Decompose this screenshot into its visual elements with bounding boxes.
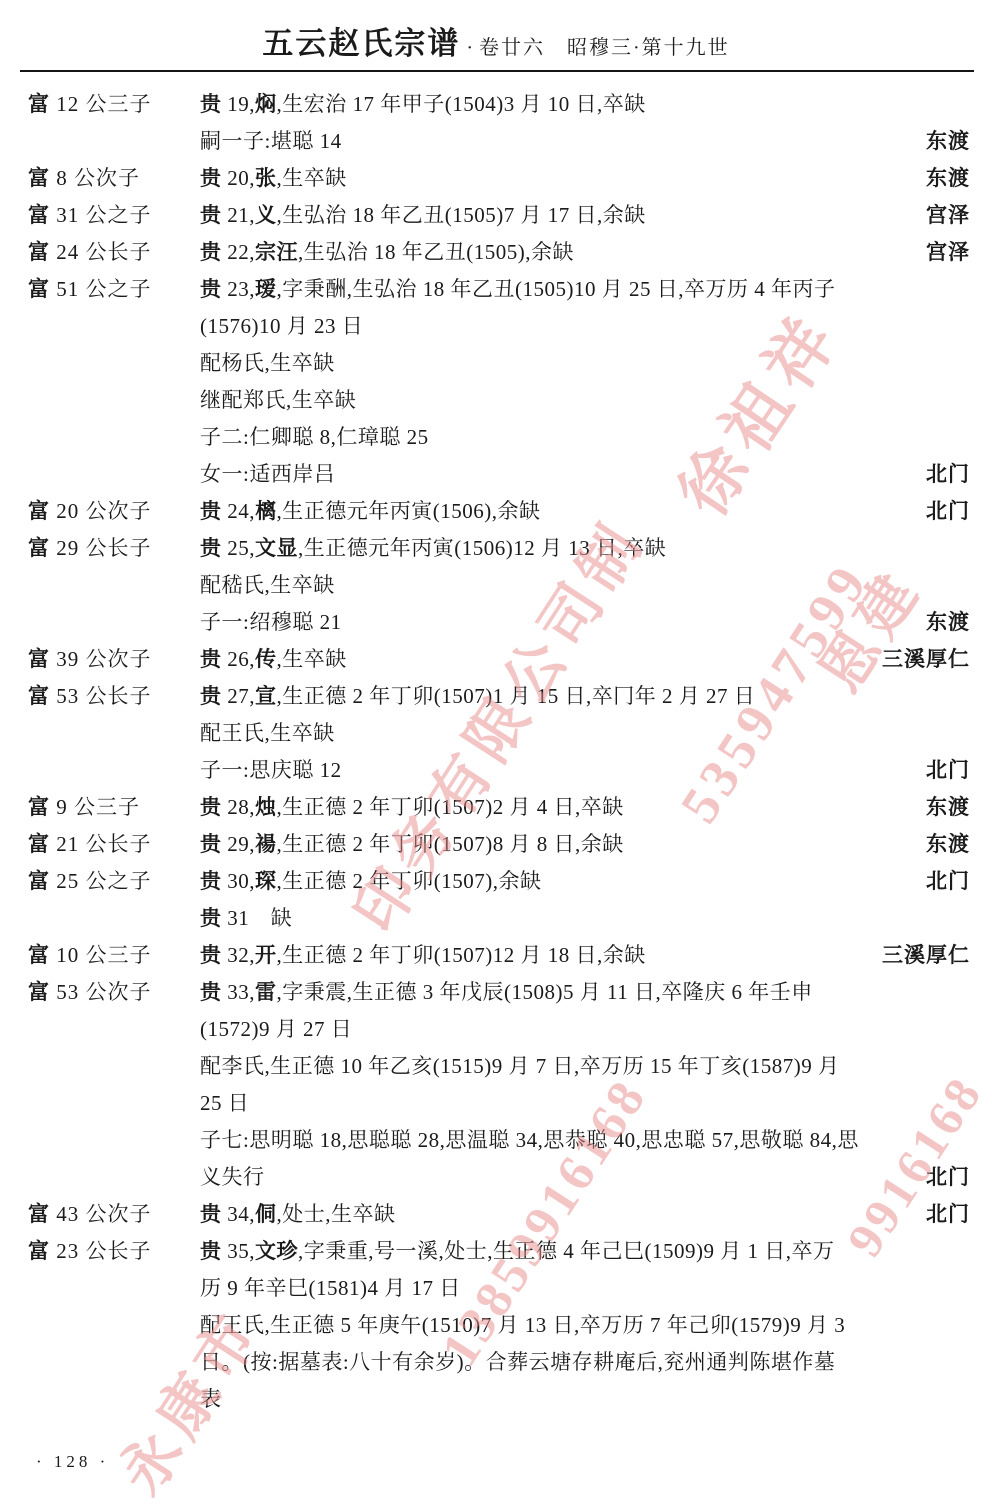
generation-label: 富 31 公之子: [0, 197, 200, 234]
entry-text: 配王氏,生正德 5 年庚午(1510)7 月 13 日,卒万历 7 年己卯(15…: [200, 1307, 970, 1344]
entry-text-segment: 义失行: [200, 1165, 265, 1189]
generation-label: 富 25 公之子: [0, 863, 200, 900]
book-title: 五云赵氏宗谱: [262, 26, 460, 61]
entry-text-segment: 32,: [227, 943, 255, 967]
entry-row: 历 9 年辛巳(1581)4 月 17 日: [0, 1270, 992, 1307]
entry-text: 25 日: [200, 1085, 970, 1122]
branch-place-label: 三溪厚仁: [882, 641, 992, 678]
entry-text-segment: 31 缺: [227, 906, 292, 930]
person-name: 义: [255, 203, 277, 227]
entry-text: 义失行: [200, 1159, 926, 1196]
entry-text: 贵 27,宣,生正德 2 年丁卯(1507)1 月 15 日,卒冂年 2 月 2…: [200, 678, 970, 715]
generation-label-surname: 富: [28, 647, 50, 671]
entry-row: 嗣一子:堪聪 14东渡: [0, 123, 992, 160]
generation-label-surname: 富: [28, 277, 50, 301]
entry-row: 配嵇氏,生卒缺: [0, 567, 992, 604]
entry-text: 配嵇氏,生卒缺: [200, 567, 970, 604]
person-name: 贵: [200, 499, 227, 523]
generation-label-surname: 富: [28, 499, 50, 523]
entry-text: 贵 28,烛,生正德 2 年丁卯(1507)2 月 4 日,卒缺: [200, 789, 926, 826]
entry-text-segment: 配杨氏,生卒缺: [200, 351, 335, 375]
entry-text-segment: 25 日: [200, 1091, 249, 1115]
entry-text-segment: 20,: [227, 166, 255, 190]
entry-text: 历 9 年辛巳(1581)4 月 17 日: [200, 1270, 970, 1307]
entry-row: 子一:思庆聪 12北门: [0, 752, 992, 789]
person-name: 贵: [200, 166, 227, 190]
person-name: 琛: [255, 869, 277, 893]
person-name: 传: [255, 647, 277, 671]
entry-row: 富 8 公次子贵 20,张,生卒缺东渡: [0, 160, 992, 197]
entry-row: 富 39 公次子贵 26,传,生卒缺三溪厚仁: [0, 641, 992, 678]
entry-row: 25 日: [0, 1085, 992, 1122]
generation-label-surname: 富: [28, 92, 50, 116]
entry-text-segment: 28,: [227, 795, 255, 819]
page-number: · 128 ·: [36, 1452, 109, 1472]
person-name: 文显: [255, 536, 298, 560]
entry-text: 贵 30,琛,生正德 2 年丁卯(1507),余缺: [200, 863, 926, 900]
entry-text: 贵 23,瑷,字秉酬,生弘治 18 年乙丑(1505)10 月 25 日,卒万历…: [200, 271, 970, 308]
entry-text: 子二:仁卿聪 8,仁璋聪 25: [200, 419, 970, 456]
entry-text-segment: 34,: [227, 1202, 255, 1226]
generation-label: 富 9 公三子: [0, 789, 200, 826]
person-name: 雷: [255, 980, 277, 1004]
branch-place-label: 东渡: [926, 123, 992, 160]
branch-place-label: 东渡: [926, 604, 992, 641]
generation-label: 富 43 公次子: [0, 1196, 200, 1233]
entry-row: 配王氏,生正德 5 年庚午(1510)7 月 13 日,卒万历 7 年己卯(15…: [0, 1307, 992, 1344]
entry-text-segment: 35,: [227, 1239, 255, 1263]
entry-text: 子一:绍穆聪 21: [200, 604, 926, 641]
generation-label: 富 21 公长子: [0, 826, 200, 863]
person-name: 贵: [200, 536, 227, 560]
entry-text-segment: 日。(按:据墓表:八十有余岁)。合葬云塘存耕庵后,兖州通判陈堪作墓: [200, 1350, 835, 1374]
entry-row: 贵 31 缺: [0, 900, 992, 937]
entry-text-segment: 女一:适西岸吕: [200, 462, 335, 486]
entry-text: 继配郑氏,生卒缺: [200, 382, 970, 419]
entry-row: 子一:绍穆聪 21东渡: [0, 604, 992, 641]
branch-place-label: 东渡: [926, 789, 992, 826]
person-name: 贵: [200, 980, 227, 1004]
entry-text-segment: 22,: [227, 240, 255, 264]
generation-label: 富 24 公长子: [0, 234, 200, 271]
generation-label: 富 29 公长子: [0, 530, 200, 567]
page-header: 五云赵氏宗谱·卷廿六 昭穆三·第十九世: [0, 18, 992, 63]
entry-row: 富 21 公长子贵 29,禓,生正德 2 年丁卯(1507)8 月 8 日,余缺…: [0, 826, 992, 863]
branch-place-label: 北门: [926, 456, 992, 493]
entry-text-segment: ,生弘治 18 年乙丑(1505),余缺: [298, 240, 574, 264]
generation-label: 富 23 公长子: [0, 1233, 200, 1270]
entry-text-segment: ,生正德元年丙寅(1506)12 月 13 日,卒缺: [298, 536, 666, 560]
person-name: 烛: [255, 795, 277, 819]
person-name: 贵: [200, 943, 227, 967]
generation-label-surname: 富: [28, 166, 50, 190]
entry-text: 配李氏,生正德 10 年乙亥(1515)9 月 7 日,卒万历 15 年丁亥(1…: [200, 1048, 970, 1085]
entry-text: 贵 19,焖,生宏治 17 年甲子(1504)3 月 10 日,卒缺: [200, 86, 970, 123]
entry-text: 女一:适西岸吕: [200, 456, 926, 493]
entry-row: 富 12 公三子贵 19,焖,生宏治 17 年甲子(1504)3 月 10 日,…: [0, 86, 992, 123]
entry-text-segment: 25,: [227, 536, 255, 560]
entry-text-segment: 21,: [227, 203, 255, 227]
person-name: 贵: [200, 277, 227, 301]
branch-place-label: 三溪厚仁: [882, 937, 992, 974]
entry-text: 贵 25,文显,生正德元年丙寅(1506)12 月 13 日,卒缺: [200, 530, 970, 567]
entry-text-segment: ,生正德元年丙寅(1506),余缺: [277, 499, 541, 523]
person-name: 贵: [200, 906, 227, 930]
person-name: 贵: [200, 203, 227, 227]
entries-list: 富 12 公三子贵 19,焖,生宏治 17 年甲子(1504)3 月 10 日,…: [0, 86, 992, 1418]
entry-row: 配李氏,生正德 10 年乙亥(1515)9 月 7 日,卒万历 15 年丁亥(1…: [0, 1048, 992, 1085]
entry-text-segment: 配王氏,生正德 5 年庚午(1510)7 月 13 日,卒万历 7 年己卯(15…: [200, 1313, 845, 1337]
person-name: 禓: [255, 832, 277, 856]
entry-text: 子七:思明聪 18,思聪聪 28,思温聪 34,思恭聪 40,思忠聪 57,思敬…: [200, 1122, 970, 1159]
person-name: 贵: [200, 92, 227, 116]
header-rule: [20, 70, 974, 72]
entry-text-segment: 19,: [227, 92, 255, 116]
person-name: 贵: [200, 869, 227, 893]
entry-text-segment: ,生正德 2 年丁卯(1507)8 月 8 日,余缺: [277, 832, 624, 856]
entry-row: 配杨氏,生卒缺: [0, 345, 992, 382]
person-name: 文珍: [255, 1239, 298, 1263]
entry-row: 配王氏,生卒缺: [0, 715, 992, 752]
generation-label: 富 10 公三子: [0, 937, 200, 974]
generation-label-surname: 富: [28, 1239, 50, 1263]
title-separator: ·: [460, 37, 479, 59]
entry-text: 贵 35,文珍,字秉重,号一溪,处士,生正德 4 年己巳(1509)9 月 1 …: [200, 1233, 970, 1270]
person-name: 贵: [200, 832, 227, 856]
entry-row: 女一:适西岸吕北门: [0, 456, 992, 493]
entry-text-segment: ,生正德 2 年丁卯(1507)12 月 18 日,余缺: [277, 943, 646, 967]
entry-text: 贵 21,义,生弘治 18 年乙丑(1505)7 月 17 日,余缺: [200, 197, 926, 234]
generation-label: 富 12 公三子: [0, 86, 200, 123]
entry-text: 嗣一子:堪聪 14: [200, 123, 926, 160]
entry-text-segment: 33,: [227, 980, 255, 1004]
entry-text: (1576)10 月 23 日: [200, 308, 970, 345]
entry-text: 贵 20,张,生卒缺: [200, 160, 926, 197]
generation-label-surname: 富: [28, 1202, 50, 1226]
generation-label: 富 51 公之子: [0, 271, 200, 308]
person-name: 贵: [200, 1239, 227, 1263]
entry-row: 富 10 公三子贵 32,开,生正德 2 年丁卯(1507)12 月 18 日,…: [0, 937, 992, 974]
person-name: 贵: [200, 684, 227, 708]
entry-text-segment: 子一:绍穆聪 21: [200, 610, 342, 634]
entry-row: (1572)9 月 27 日: [0, 1011, 992, 1048]
generation-label-surname: 富: [28, 536, 50, 560]
entry-text-segment: ,生正德 2 年丁卯(1507),余缺: [277, 869, 542, 893]
entry-text: 贵 34,侗,处士,生卒缺: [200, 1196, 926, 1233]
entry-row: 义失行北门: [0, 1159, 992, 1196]
generation-label-surname: 富: [28, 203, 50, 227]
generation-label: 富 8 公次子: [0, 160, 200, 197]
person-name: 开: [255, 943, 277, 967]
entry-text: 贵 24,樆,生正德元年丙寅(1506),余缺: [200, 493, 926, 530]
entry-text-segment: 继配郑氏,生卒缺: [200, 388, 356, 412]
entry-row: 富 43 公次子贵 34,侗,处士,生卒缺北门: [0, 1196, 992, 1233]
entry-row: 子七:思明聪 18,思聪聪 28,思温聪 34,思恭聪 40,思忠聪 57,思敬…: [0, 1122, 992, 1159]
person-name: 张: [255, 166, 277, 190]
entry-row: 富 51 公之子贵 23,瑷,字秉酬,生弘治 18 年乙丑(1505)10 月 …: [0, 271, 992, 308]
entry-text: 配王氏,生卒缺: [200, 715, 970, 752]
entry-text: 贵 22,宗汪,生弘治 18 年乙丑(1505),余缺: [200, 234, 926, 271]
generation-label: 富 53 公长子: [0, 678, 200, 715]
branch-place-label: 北门: [926, 1196, 992, 1233]
entry-text: 贵 33,雷,字秉震,生正德 3 年戊辰(1508)5 月 11 日,卒隆庆 6…: [200, 974, 970, 1011]
entry-text-segment: 表: [200, 1387, 222, 1411]
entry-text-segment: ,生卒缺: [277, 166, 347, 190]
entry-text-segment: 配李氏,生正德 10 年乙亥(1515)9 月 7 日,卒万历 15 年丁亥(1…: [200, 1054, 839, 1078]
generation-label: 富 39 公次子: [0, 641, 200, 678]
generation-label-surname: 富: [28, 240, 50, 264]
entry-text-segment: 子二:仁卿聪 8,仁璋聪 25: [200, 425, 429, 449]
person-name: 贵: [200, 240, 227, 264]
entry-text: 表: [200, 1381, 970, 1418]
entry-row: 富 9 公三子贵 28,烛,生正德 2 年丁卯(1507)2 月 4 日,卒缺东…: [0, 789, 992, 826]
person-name: 樆: [255, 499, 277, 523]
branch-place-label: 宫泽: [926, 234, 992, 271]
entry-row: (1576)10 月 23 日: [0, 308, 992, 345]
entry-text-segment: ,字秉重,号一溪,处士,生正德 4 年己巳(1509)9 月 1 日,卒万: [298, 1239, 835, 1263]
person-name: 宣: [255, 684, 277, 708]
entry-text-segment: ,生宏治 17 年甲子(1504)3 月 10 日,卒缺: [277, 92, 646, 116]
generation-label-surname: 富: [28, 795, 50, 819]
entry-text-segment: ,处士,生卒缺: [277, 1202, 396, 1226]
entry-row: 富 31 公之子贵 21,义,生弘治 18 年乙丑(1505)7 月 17 日,…: [0, 197, 992, 234]
entry-text-segment: 23,: [227, 277, 255, 301]
entry-row: 继配郑氏,生卒缺: [0, 382, 992, 419]
generation-label: 富 53 公次子: [0, 974, 200, 1011]
entry-row: 富 25 公之子贵 30,琛,生正德 2 年丁卯(1507),余缺北门: [0, 863, 992, 900]
entry-text: 日。(按:据墓表:八十有余岁)。合葬云塘存耕庵后,兖州通判陈堪作墓: [200, 1344, 970, 1381]
entry-text-segment: (1576)10 月 23 日: [200, 314, 363, 338]
entry-text: 子一:思庆聪 12: [200, 752, 926, 789]
entry-text-segment: 29,: [227, 832, 255, 856]
entry-row: 富 29 公长子贵 25,文显,生正德元年丙寅(1506)12 月 13 日,卒…: [0, 530, 992, 567]
entry-text: 贵 26,传,生卒缺: [200, 641, 882, 678]
generation-label-surname: 富: [28, 684, 50, 708]
branch-place-label: 宫泽: [926, 197, 992, 234]
entry-row: 富 23 公长子贵 35,文珍,字秉重,号一溪,处士,生正德 4 年己巳(150…: [0, 1233, 992, 1270]
person-name: 焖: [255, 92, 277, 116]
person-name: 侗: [255, 1202, 277, 1226]
entry-text-segment: 24,: [227, 499, 255, 523]
branch-place-label: 北门: [926, 493, 992, 530]
entry-row: 富 20 公次子贵 24,樆,生正德元年丙寅(1506),余缺北门: [0, 493, 992, 530]
entry-text: 配杨氏,生卒缺: [200, 345, 970, 382]
entry-text-segment: ,生卒缺: [277, 647, 347, 671]
genealogy-page: 五云赵氏宗谱·卷廿六 昭穆三·第十九世 富 12 公三子贵 19,焖,生宏治 1…: [0, 0, 992, 1512]
entry-text-segment: 30,: [227, 869, 255, 893]
entry-text-segment: 配王氏,生卒缺: [200, 721, 335, 745]
generation-label-surname: 富: [28, 943, 50, 967]
entry-text: 贵 32,开,生正德 2 年丁卯(1507)12 月 18 日,余缺: [200, 937, 882, 974]
generation-label-surname: 富: [28, 980, 50, 1004]
entry-text-segment: 27,: [227, 684, 255, 708]
entry-text-segment: 配嵇氏,生卒缺: [200, 573, 335, 597]
generation-label: 富 20 公次子: [0, 493, 200, 530]
entry-text-segment: ,字秉震,生正德 3 年戊辰(1508)5 月 11 日,卒隆庆 6 年壬申: [277, 980, 813, 1004]
entry-text-segment: (1572)9 月 27 日: [200, 1017, 352, 1041]
entry-row: 日。(按:据墓表:八十有余岁)。合葬云塘存耕庵后,兖州通判陈堪作墓: [0, 1344, 992, 1381]
branch-place-label: 东渡: [926, 826, 992, 863]
entry-row: 富 53 公次子贵 33,雷,字秉震,生正德 3 年戊辰(1508)5 月 11…: [0, 974, 992, 1011]
entry-text-segment: ,生弘治 18 年乙丑(1505)7 月 17 日,余缺: [277, 203, 646, 227]
branch-place-label: 北门: [926, 752, 992, 789]
generation-label-surname: 富: [28, 832, 50, 856]
person-name: 宗汪: [255, 240, 298, 264]
branch-place-label: 东渡: [926, 160, 992, 197]
entry-text-segment: 嗣一子:堪聪 14: [200, 129, 342, 153]
entry-text-segment: ,生正德 2 年丁卯(1507)1 月 15 日,卒冂年 2 月 27 日: [277, 684, 756, 708]
entry-text-segment: 子七:思明聪 18,思聪聪 28,思温聪 34,思恭聪 40,思忠聪 57,思敬…: [200, 1128, 859, 1152]
branch-place-label: 北门: [926, 1159, 992, 1196]
person-name: 贵: [200, 647, 227, 671]
entry-row: 富 24 公长子贵 22,宗汪,生弘治 18 年乙丑(1505),余缺宫泽: [0, 234, 992, 271]
entry-text: (1572)9 月 27 日: [200, 1011, 970, 1048]
entry-text-segment: 26,: [227, 647, 255, 671]
branch-place-label: 北门: [926, 863, 992, 900]
entry-row: 子二:仁卿聪 8,仁璋聪 25: [0, 419, 992, 456]
entry-text: 贵 31 缺: [200, 900, 970, 937]
person-name: 瑷: [255, 277, 277, 301]
person-name: 贵: [200, 795, 227, 819]
entry-text-segment: 历 9 年辛巳(1581)4 月 17 日: [200, 1276, 461, 1300]
entry-text: 贵 29,禓,生正德 2 年丁卯(1507)8 月 8 日,余缺: [200, 826, 926, 863]
entry-text-segment: ,生正德 2 年丁卯(1507)2 月 4 日,卒缺: [277, 795, 624, 819]
entry-text-segment: 子一:思庆聪 12: [200, 758, 342, 782]
entry-row: 富 53 公长子贵 27,宣,生正德 2 年丁卯(1507)1 月 15 日,卒…: [0, 678, 992, 715]
entry-text-segment: ,字秉酬,生弘治 18 年乙丑(1505)10 月 25 日,卒万历 4 年丙子: [277, 277, 836, 301]
entry-row: 表: [0, 1381, 992, 1418]
generation-label-surname: 富: [28, 869, 50, 893]
person-name: 贵: [200, 1202, 227, 1226]
volume-subtitle: 卷廿六 昭穆三·第十九世: [479, 37, 730, 59]
